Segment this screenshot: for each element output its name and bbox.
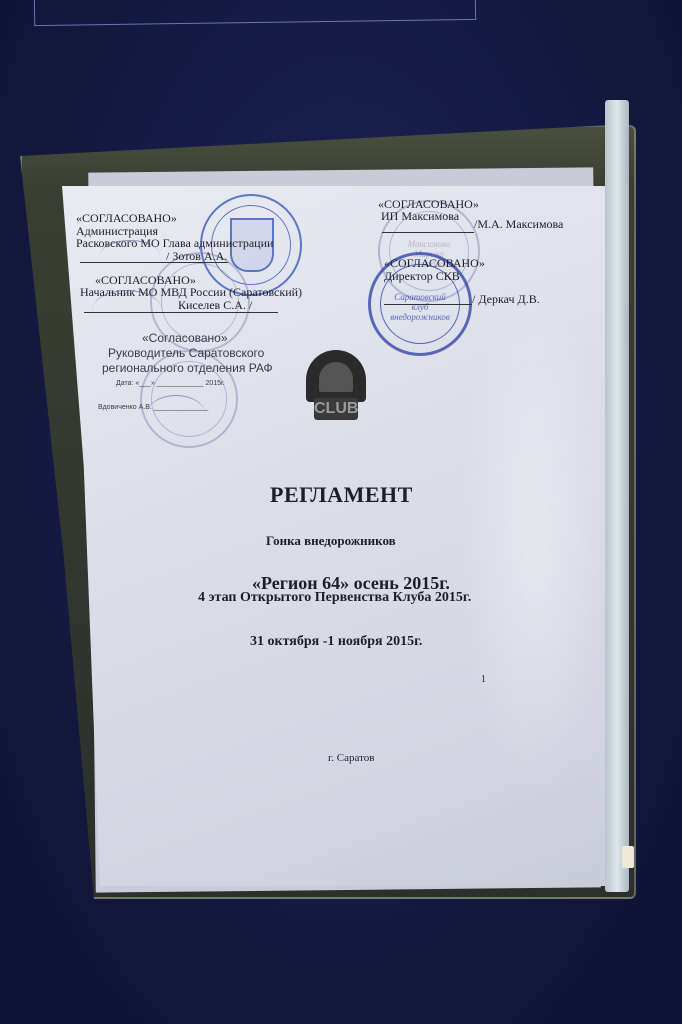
page-number: 1: [481, 674, 486, 685]
event-stage: 4 этап Открытого Первенства Клуба 2015г.: [198, 590, 471, 606]
approval-maksimova-signer: /М.А. Максимова: [474, 218, 563, 231]
approval-skv-line: Директор СКВ: [384, 270, 460, 283]
document-city: г. Саратов: [328, 752, 374, 764]
club-logo: CLUB: [304, 350, 368, 422]
approval-raf-signer: Вдовиченко А.В. ______________: [98, 404, 208, 411]
sleeve-glare: [460, 280, 610, 800]
approval-raf-date: Дата: «___» ____________ 2015г.: [116, 380, 225, 387]
signature-vdovichenko: [146, 395, 206, 436]
board-frame-line: [34, 0, 476, 26]
event-dates: 31 октября -1 ноября 2015г.: [250, 634, 422, 650]
signature-line: [384, 304, 472, 305]
approval-raf-heading: «Согласовано»: [142, 332, 228, 345]
logo-club-text: CLUB: [314, 398, 358, 420]
approval-raf-line: Руководитель Саратовского: [108, 347, 264, 360]
approval-raf-line: регионального отделения РАФ: [102, 362, 273, 375]
offroad-vehicle-icon: [319, 362, 353, 392]
document-subtitle: Гонка внедорожников: [266, 533, 396, 549]
approval-skv-signer: / Деркач Д.В.: [472, 293, 540, 306]
approval-police-signer: Киселев С.А. /: [178, 299, 252, 312]
approval-maksimova-line: ИП Максимова: [381, 210, 459, 223]
document-title: РЕГЛАМЕНТ: [270, 482, 413, 508]
signature-line: [84, 312, 278, 313]
approval-admin-signer: / Зотов А.А.: [166, 250, 227, 263]
zipper-pull: [622, 846, 634, 868]
signature-line: [382, 232, 474, 233]
